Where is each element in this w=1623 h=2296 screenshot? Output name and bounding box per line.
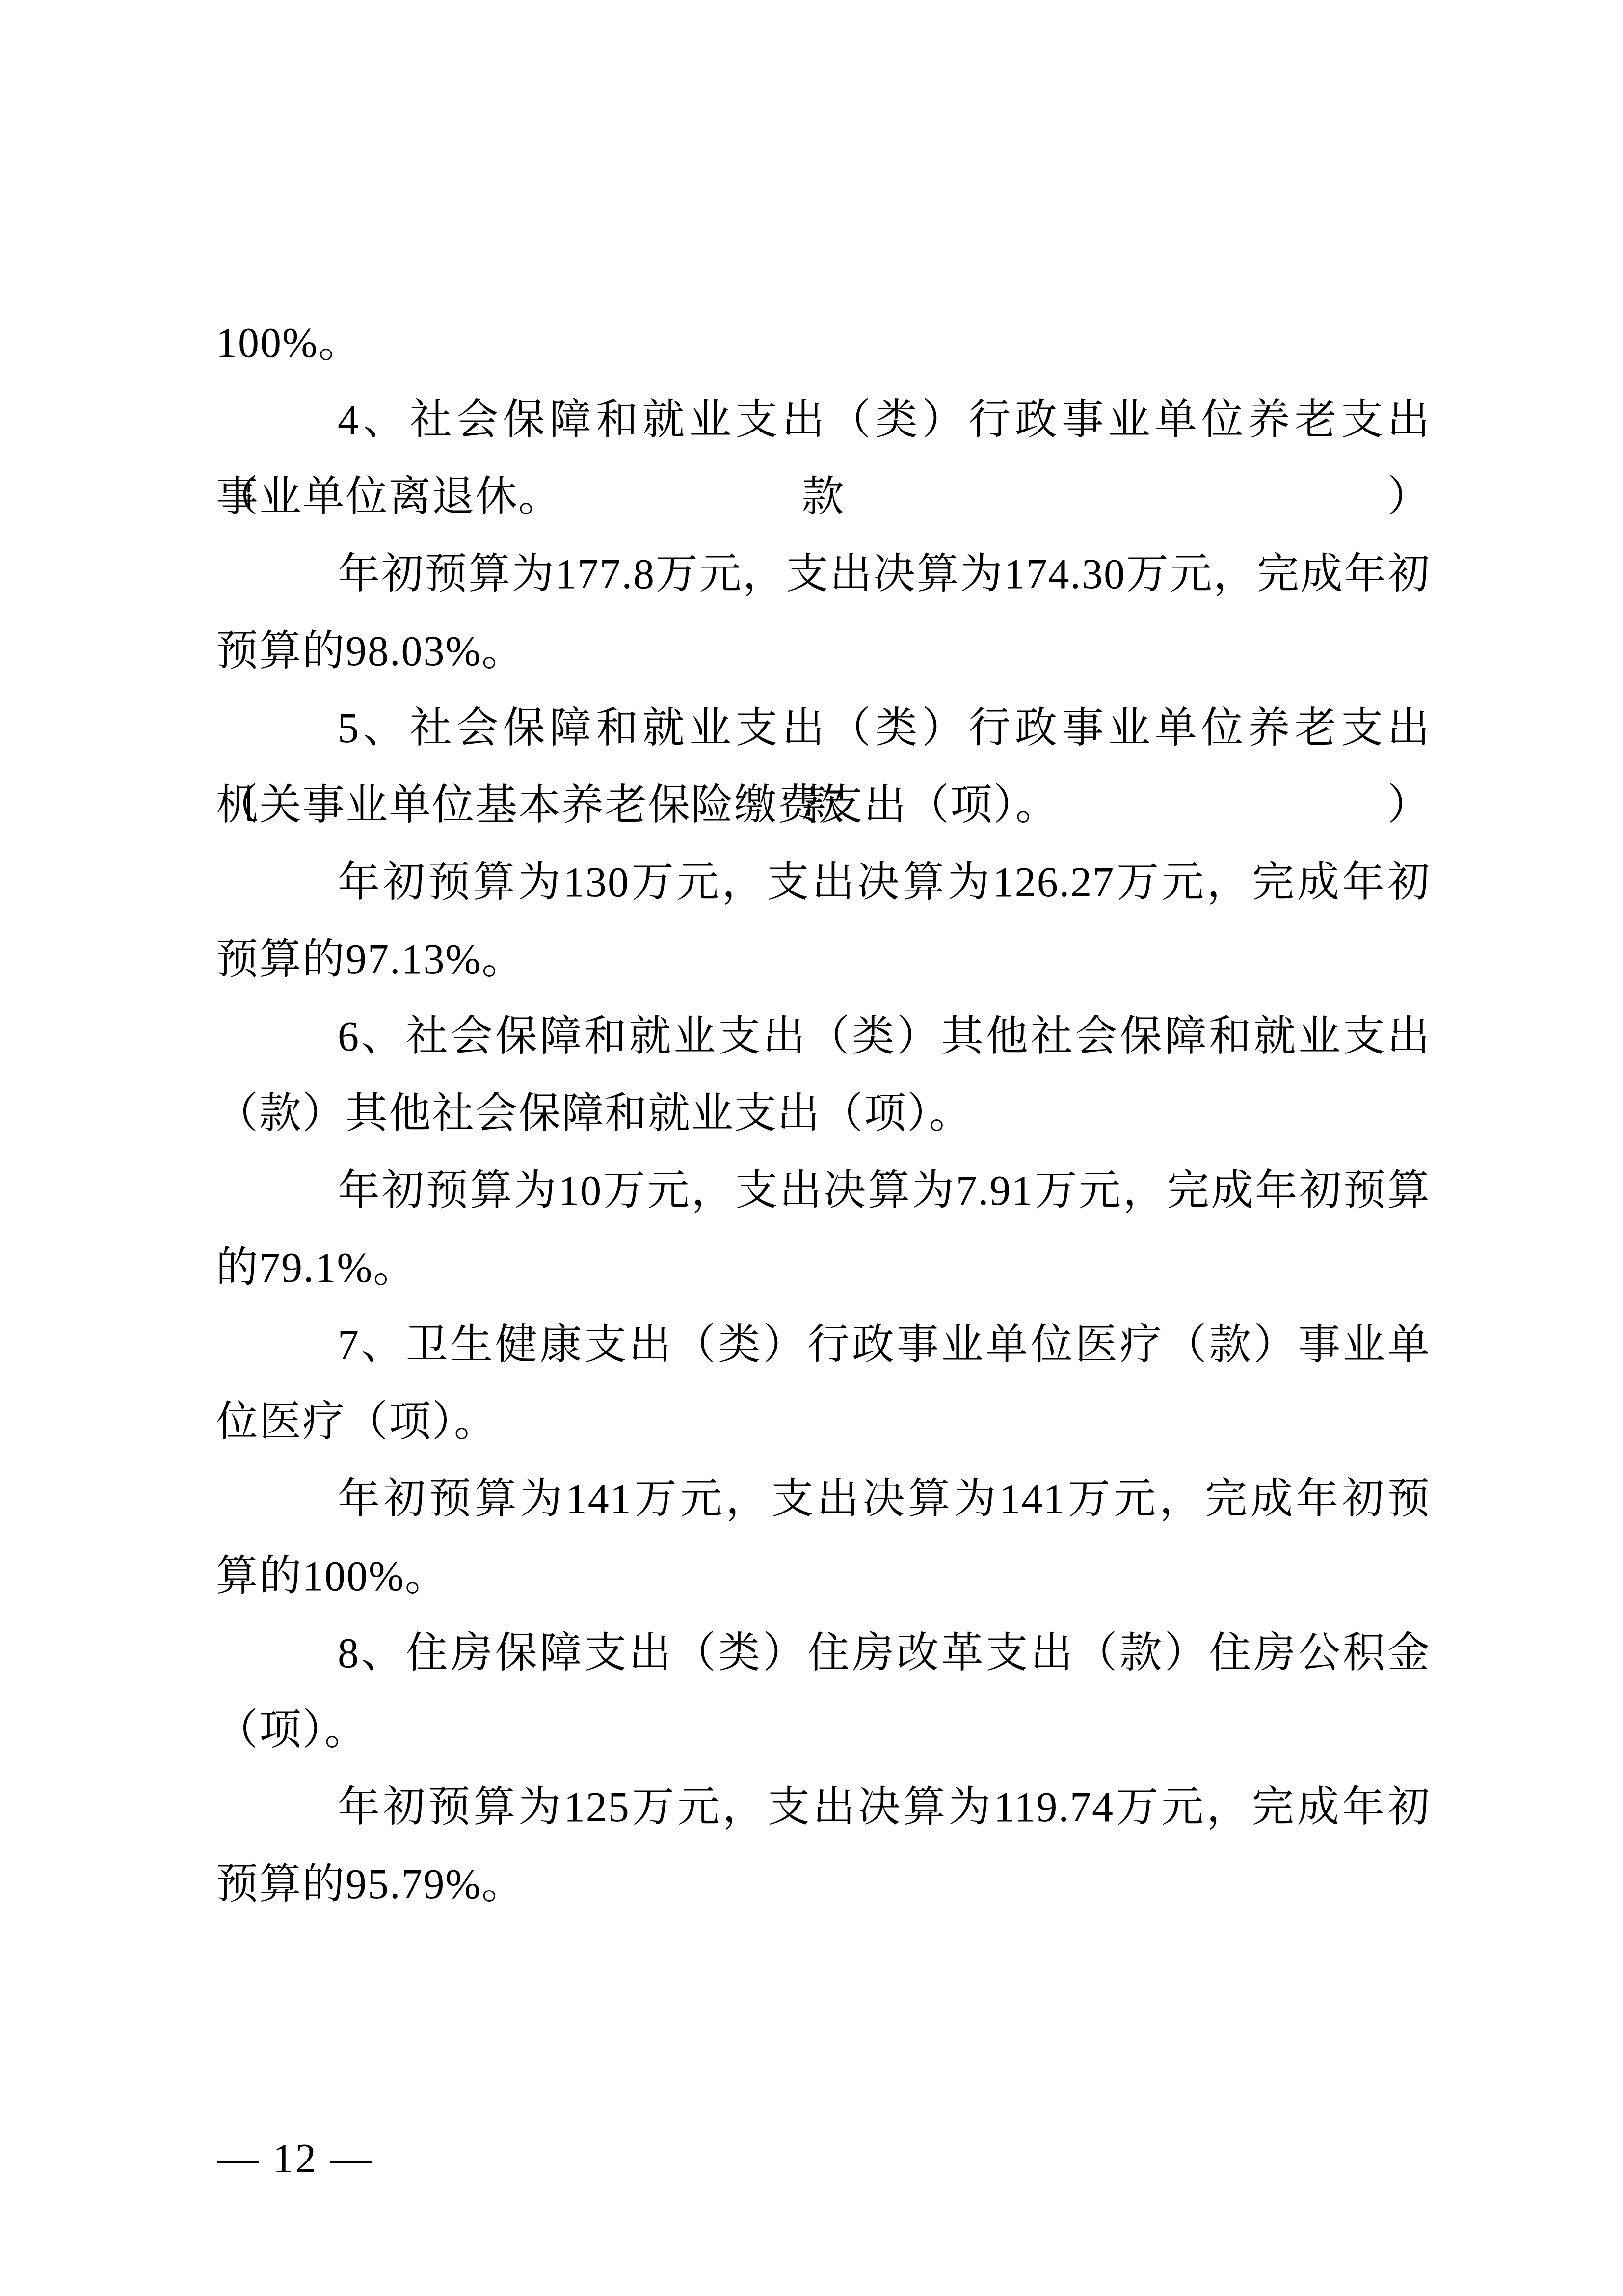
text-line: 年初预算为130万元，支出决算为126.27万元，完成年初 [216, 844, 1431, 921]
text-line: 年初预算为10万元，支出决算为7.91万元，完成年初预算 [216, 1152, 1431, 1229]
text-line: 预算的95.79%。 [216, 1846, 1431, 1923]
text-line: 预算的97.13%。 [216, 921, 1431, 998]
text-line: 5、社会保障和就业支出（类）行政事业单位养老支出（款） [216, 690, 1431, 767]
text-line: 的79.1%。 [216, 1229, 1431, 1306]
text-line: 100%。 [216, 304, 1431, 381]
text-line: （款）其他社会保障和就业支出（项）。 [216, 1075, 1431, 1152]
text-line: 位医疗（项）。 [216, 1383, 1431, 1460]
text-line: 8、住房保障支出（类）住房改革支出（款）住房公积金 [216, 1615, 1431, 1692]
text-line: 年初预算为125万元，支出决算为119.74万元，完成年初 [216, 1769, 1431, 1846]
page-number: — 12 — [217, 2136, 373, 2182]
page-footer: — 12 — [217, 2134, 373, 2184]
text-line: 预算的98.03%。 [216, 613, 1431, 690]
text-line: 7、卫生健康支出（类）行政事业单位医疗（款）事业单 [216, 1306, 1431, 1383]
document-page: 100%。4、社会保障和就业支出（类）行政事业单位养老支出（款）事业单位离退休。… [0, 0, 1623, 2296]
text-line: 年初预算为177.8万元，支出决算为174.30万元，完成年初 [216, 536, 1431, 613]
text-line: 4、社会保障和就业支出（类）行政事业单位养老支出（款） [216, 381, 1431, 459]
text-line: 算的100%。 [216, 1538, 1431, 1615]
text-line: （项）。 [216, 1692, 1431, 1769]
text-line: 年初预算为141万元，支出决算为141万元，完成年初预 [216, 1460, 1431, 1538]
text-line: 6、社会保障和就业支出（类）其他社会保障和就业支出 [216, 998, 1431, 1075]
page-body: 100%。4、社会保障和就业支出（类）行政事业单位养老支出（款）事业单位离退休。… [216, 304, 1431, 1923]
